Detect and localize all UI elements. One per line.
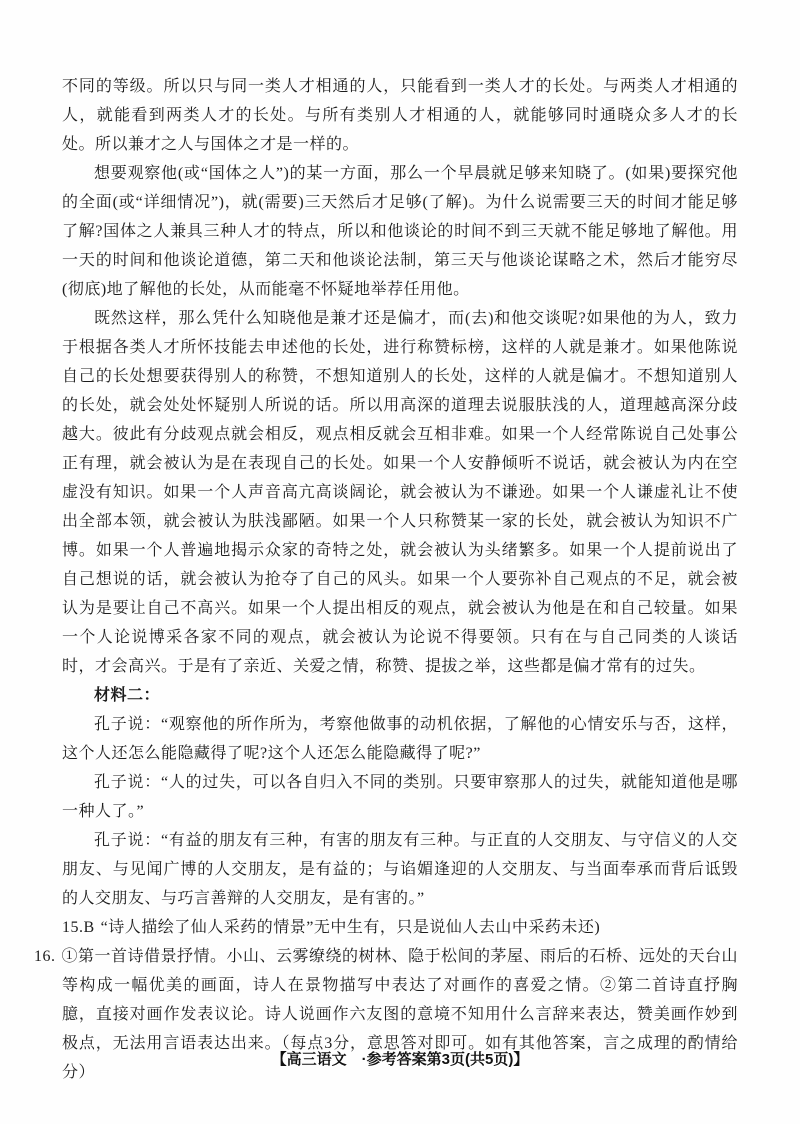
answer-15-text: “诗人描绘了仙人采药的情景”无中生有，只是说仙人去山中采药未还) xyxy=(101,919,601,936)
translation-paragraph-observe: 想要观察他(或“国体之人”)的某一方面，那么一个早晨就足够来知晓了。(如果)要探… xyxy=(62,159,738,304)
answer-key-page: 不同的等级。所以只与同一类人才相通的人，只能看到一类人才的长处。与两类人才相通的… xyxy=(0,0,800,1124)
translation-paragraph-continuation: 不同的等级。所以只与同一类人才相通的人，只能看到一类人才的长处。与两类人才相通的… xyxy=(62,72,738,159)
answer-key-content: 不同的等级。所以只与同一类人才相通的人，只能看到一类人才的长处。与两类人才相通的… xyxy=(62,72,738,1087)
confucius-quote-3: 孔子说：“有益的朋友有三种，有害的朋友有三种。与正直的人交朋友、与守信义的人交朋… xyxy=(62,826,738,913)
answer-16-number: 16. xyxy=(34,948,62,965)
translation-paragraph-distinguish: 既然这样，那么凭什么知晓他是兼才还是偏才，而(去)和他交谈呢?如果他的为人，致力… xyxy=(62,304,738,681)
confucius-quote-2: 孔子说：“人的过失，可以各自归入不同的类别。只要审察那人的过失，就能知道他是哪一… xyxy=(62,768,738,826)
answer-item-15: 15.B“诗人描绘了仙人采药的情景”无中生有，只是说仙人去山中采药未还) xyxy=(62,913,738,942)
answer-15-number: 15.B xyxy=(62,919,101,936)
page-footer: 【高三语文 ·参考答案第3页(共5页)】 xyxy=(0,1048,800,1069)
confucius-quote-1: 孔子说：“观察他的所作所为，考察他做事的动机依据，了解他的心情安乐与否，这样，这… xyxy=(62,710,738,768)
material-two-heading: 材料二： xyxy=(62,681,738,710)
